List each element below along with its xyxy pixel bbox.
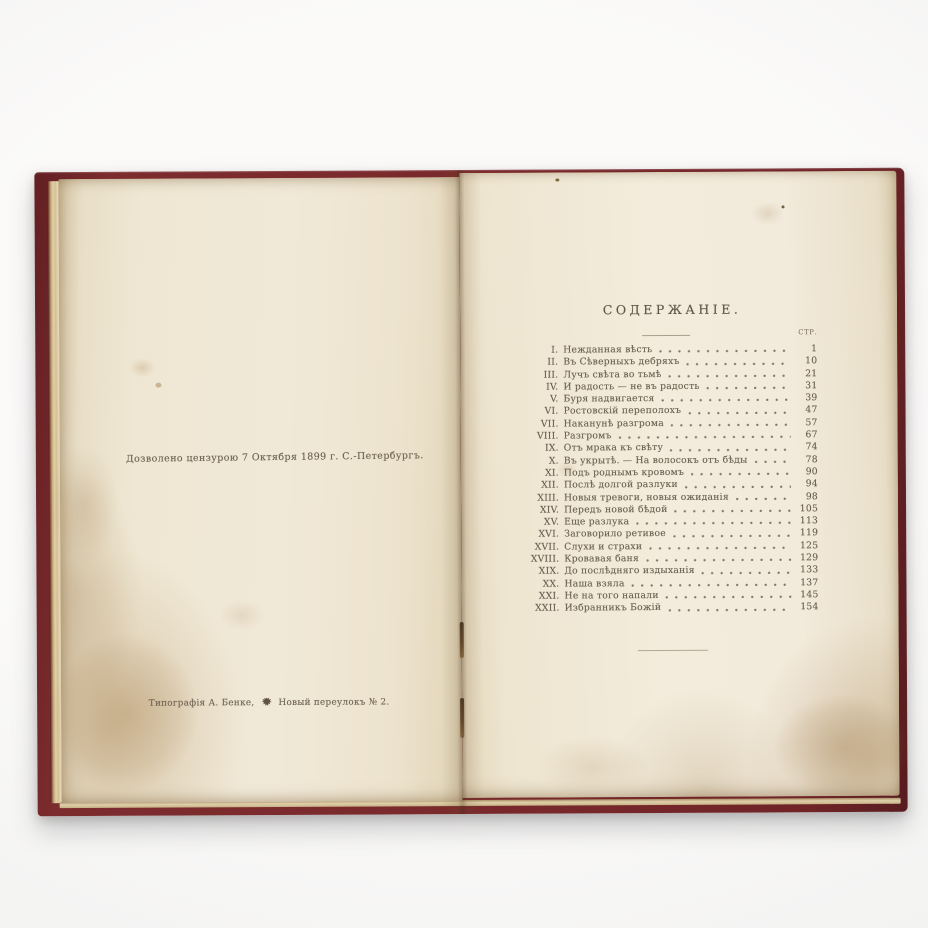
toc-chapter-numeral: IX. xyxy=(525,443,559,455)
toc-chapter-numeral: III. xyxy=(524,369,558,381)
speck xyxy=(555,179,559,182)
toc-chapter-title: Подъ роднымъ кровомъ xyxy=(564,467,684,480)
speck xyxy=(155,383,161,388)
toc-chapter-numeral: XII. xyxy=(525,480,559,492)
toc-chapter-numeral: V. xyxy=(524,394,558,406)
end-rule xyxy=(638,650,708,651)
contents-heading: СОДЕРЖАНІЕ. xyxy=(603,302,742,318)
toc-page-number: 39 xyxy=(793,392,817,404)
stain xyxy=(745,197,789,229)
toc-chapter-title: Разгромъ xyxy=(564,430,612,443)
imprint-text-right: Новый переулокъ № 2. xyxy=(278,697,389,708)
toc-chapter-numeral: XIX. xyxy=(525,566,559,578)
toc-chapter-numeral: XI. xyxy=(525,468,559,480)
dot-leader xyxy=(675,508,792,514)
dot-leader xyxy=(736,496,791,501)
dot-leader xyxy=(755,459,791,464)
toc-chapter-title: Ростовскій переполохъ xyxy=(564,405,682,418)
dot-leader xyxy=(707,386,791,391)
toc-page-number: 133 xyxy=(794,565,818,577)
table-of-contents: I. Нежданная вѣсть 1 II. Въ Сѣверныхъ де… xyxy=(524,343,818,615)
toc-chapter-numeral: VII. xyxy=(525,418,559,430)
toc-chapter-title: Послѣ долгой разлуки xyxy=(564,479,678,492)
toc-page-number: 137 xyxy=(794,577,818,589)
imperial-eagle-icon xyxy=(259,696,273,710)
toc-chapter-title: Не на того напали xyxy=(565,590,659,603)
dot-leader xyxy=(662,398,791,404)
toc-chapter-numeral: VI. xyxy=(525,406,559,418)
toc-chapter-title: Передъ новой бѣдой xyxy=(564,504,668,517)
dot-leader xyxy=(687,361,791,367)
toc-chapter-title: Кровавая баня xyxy=(564,553,639,566)
toc-page-number: 21 xyxy=(793,368,817,380)
toc-chapter-numeral: IV. xyxy=(524,381,558,393)
toc-page-number: 10 xyxy=(793,355,817,367)
toc-chapter-numeral: XVII. xyxy=(525,541,559,553)
left-page: Дозволено цензурою 7 Октября 1899 г. С.-… xyxy=(58,177,462,803)
toc-chapter-numeral: II. xyxy=(524,357,558,369)
toc-chapter-title: Лучъ свѣта во тьмѣ xyxy=(563,369,661,382)
toc-chapter-title: Въ Сѣверныхъ дебряхъ xyxy=(563,356,679,369)
toc-page-number: 57 xyxy=(794,417,818,429)
toc-chapter-numeral: XX. xyxy=(525,578,559,590)
dot-leader xyxy=(668,607,791,613)
photo-background: Дозволено цензурою 7 Октября 1899 г. С.-… xyxy=(0,0,928,928)
dot-leader xyxy=(659,349,790,355)
toc-chapter-numeral: XIII. xyxy=(525,492,559,504)
dot-leader xyxy=(702,570,792,575)
toc-chapter-numeral: XVIII. xyxy=(525,554,559,566)
dot-leader xyxy=(688,410,790,416)
toc-page-number: 129 xyxy=(794,552,818,564)
toc-page-number: 90 xyxy=(794,466,818,478)
toc-page-number: 154 xyxy=(795,601,819,613)
dot-leader xyxy=(670,447,791,453)
dot-leader xyxy=(666,595,792,601)
dot-leader xyxy=(632,582,792,588)
dot-leader xyxy=(646,558,791,564)
toc-chapter-title: Наша взяла xyxy=(564,578,624,591)
toc-chapter-title: Въ укрытѣ. — На волосокъ отъ бѣды xyxy=(564,454,748,467)
toc-chapter-title: Слухи и страхи xyxy=(564,541,642,554)
toc-chapter-title: Новыя тревоги, новыя ожиданія xyxy=(564,491,729,504)
toc-page-number: 98 xyxy=(794,491,818,503)
imprint-text-left: Типографія А. Бенке, xyxy=(149,698,255,709)
toc-chapter-title: Еще разлука xyxy=(564,516,629,529)
toc-page-number: 78 xyxy=(794,454,818,466)
toc-page-number: 145 xyxy=(795,589,819,601)
printer-imprint: Типографія А. Бенке, Новый переулокъ № 2… xyxy=(149,695,390,710)
toc-chapter-numeral: XXII. xyxy=(526,603,560,615)
toc-chapter-numeral: X. xyxy=(525,455,559,467)
dot-leader xyxy=(649,545,791,551)
toc-page-number: 31 xyxy=(793,380,817,392)
censor-line: Дозволено цензурою 7 Октября 1899 г. С.-… xyxy=(126,450,424,465)
toc-chapter-title: До послѣдняго издыханія xyxy=(564,565,694,578)
speck xyxy=(782,205,785,208)
stain xyxy=(211,594,273,636)
toc-page-number: 94 xyxy=(794,478,818,490)
toc-chapter-title: И радость — не въ радость xyxy=(563,381,699,394)
toc-chapter-title: Отъ мрака къ свѣту xyxy=(564,442,663,455)
toc-chapter-numeral: XV. xyxy=(525,517,559,529)
dot-leader xyxy=(669,373,791,379)
toc-page-number: 119 xyxy=(794,528,818,540)
toc-chapter-numeral: XIV. xyxy=(525,504,559,516)
toc-page-number: 67 xyxy=(794,429,818,441)
dot-leader xyxy=(673,533,791,539)
toc-page-number: 125 xyxy=(794,540,818,552)
toc-chapter-numeral: XVI. xyxy=(525,529,559,541)
toc-page-number: 113 xyxy=(794,515,818,527)
toc-chapter-numeral: I. xyxy=(524,345,558,357)
toc-chapter-title: Буря надвигается xyxy=(563,393,654,406)
dot-leader xyxy=(671,422,791,428)
dot-leader xyxy=(685,484,791,490)
toc-chapter-title: Заговорило ретивое xyxy=(564,528,666,541)
toc-page-number: 47 xyxy=(794,405,818,417)
binding-stitch xyxy=(460,698,464,738)
toc-row: XXII. Избранникъ Божій 154 xyxy=(526,601,819,615)
toc-chapter-numeral: VIII. xyxy=(525,431,559,443)
toc-chapter-title: Нежданная вѣсть xyxy=(563,344,652,357)
toc-chapter-title: Наканунѣ разгрома xyxy=(564,418,664,431)
open-book: Дозволено цензурою 7 Октября 1899 г. С.-… xyxy=(34,168,907,817)
dot-leader xyxy=(619,435,791,441)
right-page: СОДЕРЖАНІЕ. СТР. I. Нежданная вѣсть 1 II… xyxy=(459,171,899,798)
binding-stitch xyxy=(460,622,464,658)
toc-chapter-numeral: XXI. xyxy=(526,590,560,602)
page-column-header: СТР. xyxy=(524,328,817,338)
stain xyxy=(125,355,159,381)
toc-page-number: 74 xyxy=(794,442,818,454)
dot-leader xyxy=(636,521,791,527)
dot-leader xyxy=(691,472,791,478)
toc-page-number: 105 xyxy=(794,503,818,515)
toc-page-number: 1 xyxy=(793,343,817,355)
toc-chapter-title: Избранникъ Божій xyxy=(565,602,662,615)
